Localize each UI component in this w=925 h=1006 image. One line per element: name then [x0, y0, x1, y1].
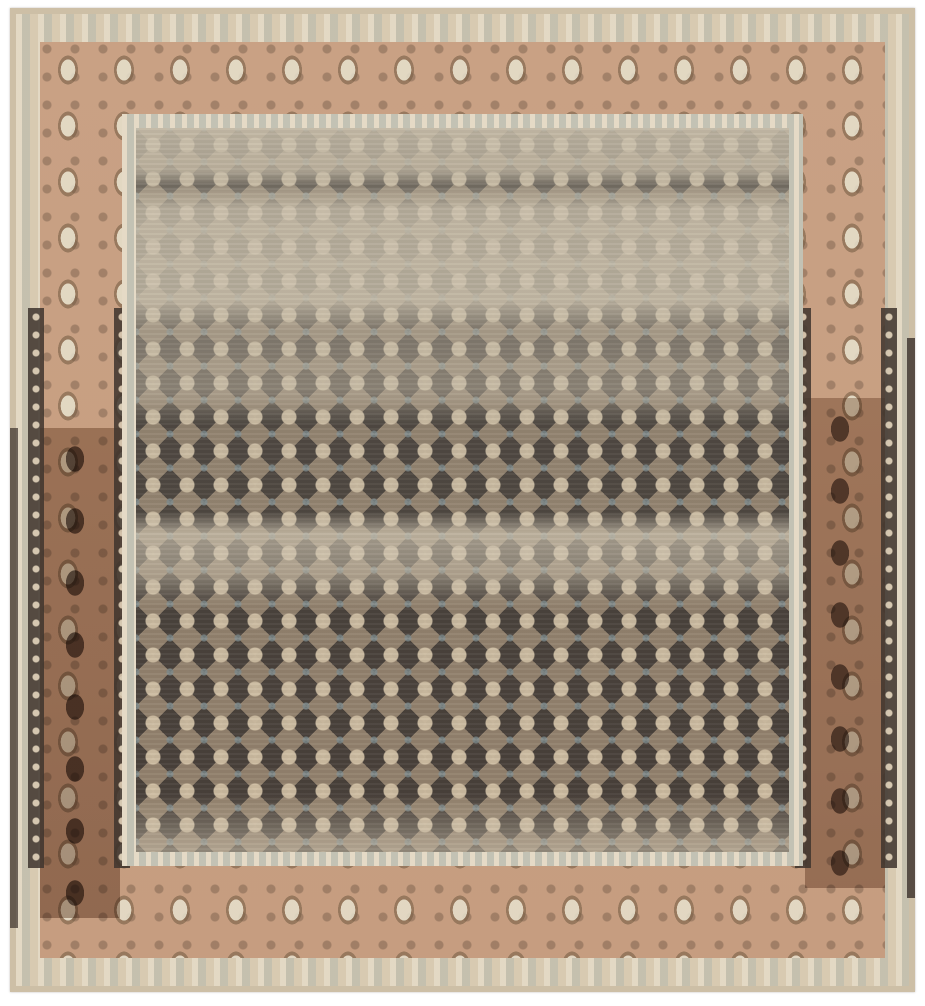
minor-border-right-outer: [881, 308, 897, 868]
left-edge-shadow: [10, 428, 18, 928]
main-border-worn-right: [805, 398, 885, 888]
minor-border-left-outer: [28, 308, 44, 868]
right-edge-shadow: [907, 338, 915, 898]
rug-photo: [0, 0, 925, 1006]
rug-field: [136, 128, 789, 852]
rug: [10, 8, 915, 992]
faded-abrash-bands: [136, 128, 789, 852]
main-border-worn-left: [40, 428, 120, 918]
